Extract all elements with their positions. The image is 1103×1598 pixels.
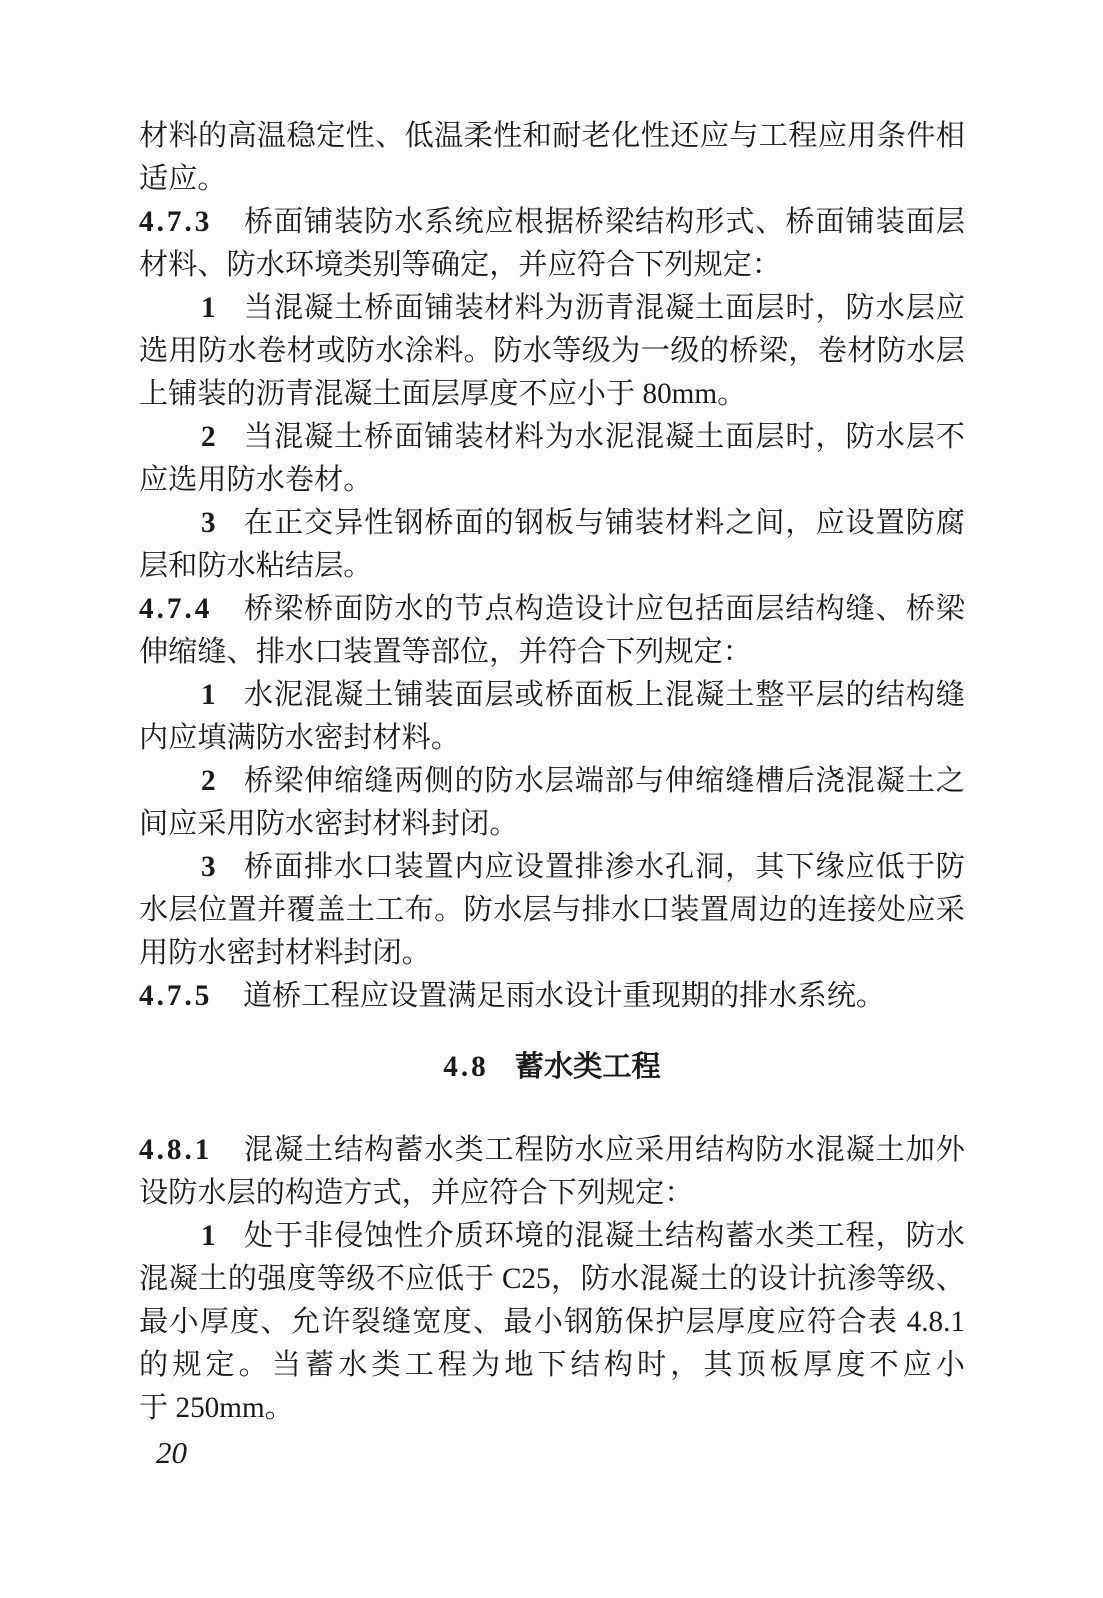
continuation-line: 混凝土的强度等级不应低于 C25，防水混凝土的设计抗渗等级、 xyxy=(139,1258,965,1301)
section-line: 4.8.1混凝土结构蓄水类工程防水应采用结构防水混凝土加外 xyxy=(139,1129,965,1172)
continuation-line: 应选用防水卷材。 xyxy=(139,459,965,502)
line-text: 上铺装的沥青混凝土面层厚度不应小于 80mm。 xyxy=(139,378,746,410)
line-text: 桥梁伸缩缝两侧的防水层端部与伸缩缝槽后浇混凝土之 xyxy=(243,765,965,797)
section-line: 4.7.3桥面铺装防水系统应根据桥梁结构形式、桥面铺装面层 xyxy=(139,201,965,244)
continuation-line: 材料、防水环境类别等确定，并应符合下列规定： xyxy=(139,244,965,287)
line-text: 桥梁桥面防水的节点构造设计应包括面层结构缝、桥梁 xyxy=(243,593,965,625)
item-number: 1 xyxy=(201,674,243,717)
page-number: 20 xyxy=(156,1431,187,1474)
line-text: 应选用防水卷材。 xyxy=(139,464,373,496)
item-line: 3桥面排水口装置内应设置排渗水孔洞，其下缘应低于防 xyxy=(139,846,965,889)
section-heading: 4.8蓄水类工程 xyxy=(139,1046,965,1089)
continuation-line: 用防水密封材料封闭。 xyxy=(139,932,965,975)
continuation-line: 间应采用防水密封材料封闭。 xyxy=(139,803,965,846)
line-text: 材料、防水环境类别等确定，并应符合下列规定： xyxy=(139,249,781,281)
continuation-line: 材料的高温稳定性、低温柔性和耐老化性还应与工程应用条件相 xyxy=(139,115,965,158)
item-number: 3 xyxy=(201,846,243,889)
section-line: 4.7.4桥梁桥面防水的节点构造设计应包括面层结构缝、桥梁 xyxy=(139,588,965,631)
line-text: 内应填满防水密封材料。 xyxy=(139,722,460,754)
item-line: 2桥梁伸缩缝两侧的防水层端部与伸缩缝槽后浇混凝土之 xyxy=(139,760,965,803)
item-line: 1处于非侵蚀性介质环境的混凝土结构蓄水类工程，防水 xyxy=(139,1215,965,1258)
continuation-line: 内应填满防水密封材料。 xyxy=(139,717,965,760)
line-text: 当混凝土桥面铺装材料为水泥混凝土面层时，防水层不 xyxy=(243,421,965,453)
section-number: 4.8.1 xyxy=(139,1129,243,1172)
continuation-line: 设防水层的构造方式，并应符合下列规定： xyxy=(139,1172,965,1215)
line-text: 桥面铺装防水系统应根据桥梁结构形式、桥面铺装面层 xyxy=(243,206,965,238)
line-text: 处于非侵蚀性介质环境的混凝土结构蓄水类工程，防水 xyxy=(243,1220,965,1252)
line-text: 用防水密封材料封闭。 xyxy=(139,937,431,969)
line-text: 最小厚度、允许裂缝宽度、最小钢筋保护层厚度应符合表 4.8.1 xyxy=(139,1306,965,1338)
item-line: 2当混凝土桥面铺装材料为水泥混凝土面层时，防水层不 xyxy=(139,416,965,459)
item-number: 2 xyxy=(201,416,243,459)
line-text: 当混凝土桥面铺装材料为沥青混凝土面层时，防水层应 xyxy=(243,292,965,324)
section-number: 4.7.5 xyxy=(139,975,243,1018)
line-text: 在正交异性钢桥面的钢板与铺装材料之间，应设置防腐 xyxy=(243,507,965,539)
item-number: 3 xyxy=(201,502,243,545)
heading-title: 蓄水类工程 xyxy=(515,1051,661,1083)
heading-number: 4.8 xyxy=(443,1051,488,1083)
text-body: 材料的高温稳定性、低温柔性和耐老化性还应与工程应用条件相适应。4.7.3桥面铺装… xyxy=(139,115,965,1430)
continuation-line: 的规定。当蓄水类工程为地下结构时，其顶板厚度不应小 xyxy=(139,1344,965,1387)
continuation-line: 上铺装的沥青混凝土面层厚度不应小于 80mm。 xyxy=(139,373,965,416)
line-text: 伸缩缝、排水口装置等部位，并符合下列规定： xyxy=(139,636,752,668)
line-text: 的规定。当蓄水类工程为地下结构时，其顶板厚度不应小 xyxy=(139,1349,965,1381)
line-text: 桥面排水口装置内应设置排渗水孔洞，其下缘应低于防 xyxy=(243,851,965,883)
continuation-line: 水层位置并覆盖土工布。防水层与排水口装置周边的连接处应采 xyxy=(139,889,965,932)
line-text: 层和防水粘结层。 xyxy=(139,550,373,582)
line-text: 于 250mm。 xyxy=(139,1392,294,1424)
line-text: 选用防水卷材或防水涂料。防水等级为一级的桥梁，卷材防水层 xyxy=(139,335,965,367)
document-page: 材料的高温稳定性、低温柔性和耐老化性还应与工程应用条件相适应。4.7.3桥面铺装… xyxy=(0,0,1103,1598)
line-text: 间应采用防水密封材料封闭。 xyxy=(139,808,518,840)
line-text: 混凝土结构蓄水类工程防水应采用结构防水混凝土加外 xyxy=(243,1134,965,1166)
item-line: 3在正交异性钢桥面的钢板与铺装材料之间，应设置防腐 xyxy=(139,502,965,545)
item-line: 1水泥混凝土铺装面层或桥面板上混凝土整平层的结构缝 xyxy=(139,674,965,717)
section-line: 4.7.5道桥工程应设置满足雨水设计重现期的排水系统。 xyxy=(139,975,965,1018)
continuation-line: 伸缩缝、排水口装置等部位，并符合下列规定： xyxy=(139,631,965,674)
continuation-line: 选用防水卷材或防水涂料。防水等级为一级的桥梁，卷材防水层 xyxy=(139,330,965,373)
line-text: 水泥混凝土铺装面层或桥面板上混凝土整平层的结构缝 xyxy=(243,679,965,711)
line-text: 混凝土的强度等级不应低于 C25，防水混凝土的设计抗渗等级、 xyxy=(139,1263,965,1295)
continuation-line: 最小厚度、允许裂缝宽度、最小钢筋保护层厚度应符合表 4.8.1 xyxy=(139,1301,965,1344)
item-number: 2 xyxy=(201,760,243,803)
line-text: 道桥工程应设置满足雨水设计重现期的排水系统。 xyxy=(243,980,885,1012)
continuation-line: 于 250mm。 xyxy=(139,1387,965,1430)
line-text: 材料的高温稳定性、低温柔性和耐老化性还应与工程应用条件相 xyxy=(139,120,965,152)
continuation-line: 层和防水粘结层。 xyxy=(139,545,965,588)
line-text: 水层位置并覆盖土工布。防水层与排水口装置周边的连接处应采 xyxy=(139,894,965,926)
line-text: 设防水层的构造方式，并应符合下列规定： xyxy=(139,1177,694,1209)
continuation-line: 适应。 xyxy=(139,158,965,201)
item-number: 1 xyxy=(201,287,243,330)
section-number: 4.7.3 xyxy=(139,201,243,244)
item-number: 1 xyxy=(201,1215,243,1258)
section-number: 4.7.4 xyxy=(139,588,243,631)
line-text: 适应。 xyxy=(139,163,227,195)
item-line: 1当混凝土桥面铺装材料为沥青混凝土面层时，防水层应 xyxy=(139,287,965,330)
